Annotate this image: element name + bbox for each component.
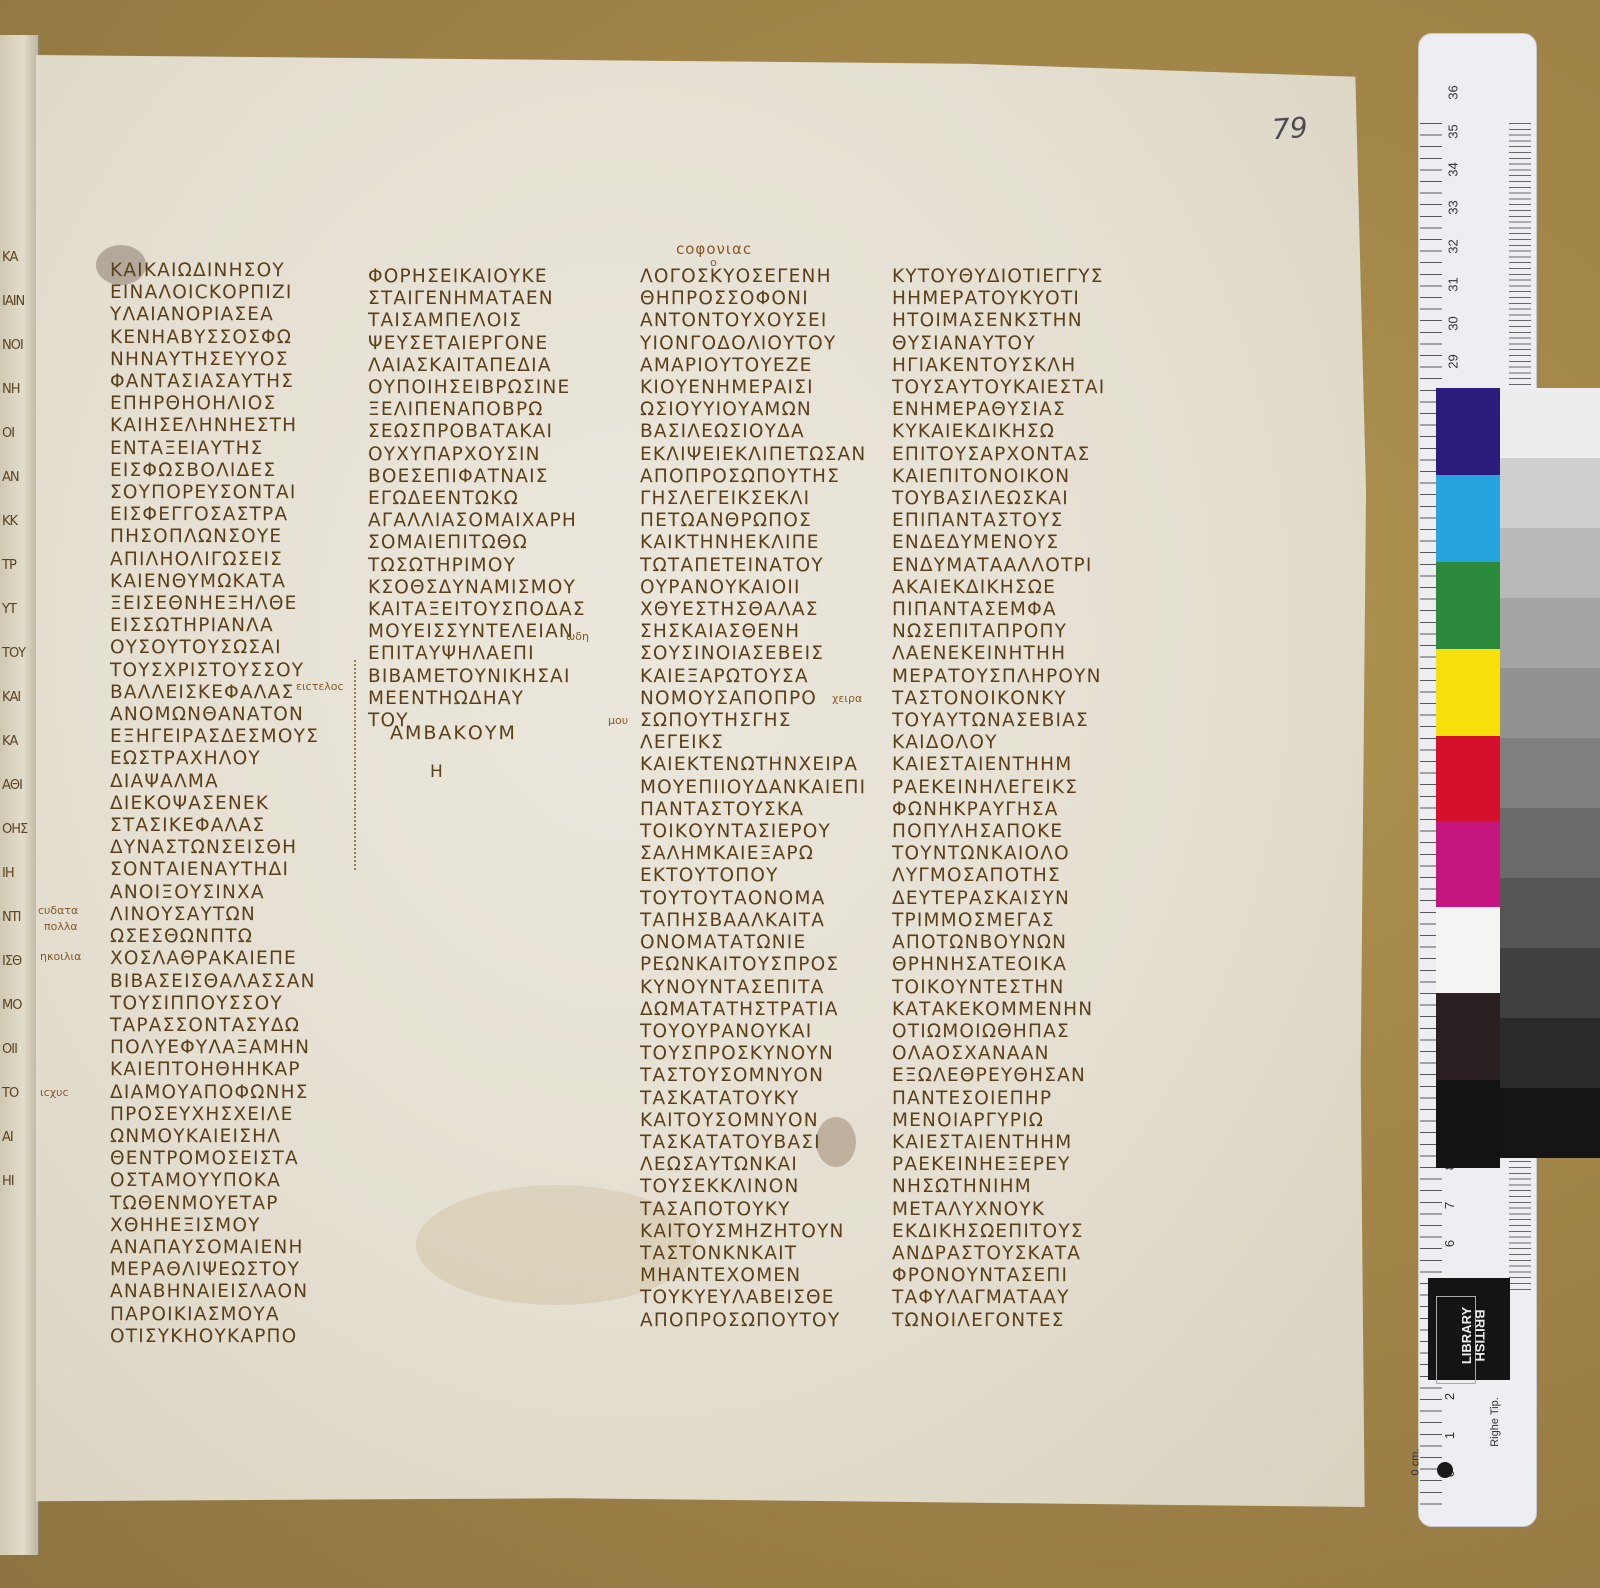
grey-step	[1500, 668, 1600, 738]
text-line: ΘΕΝΤΡΟΜΟΣΕΙΣΤΑ	[110, 1148, 319, 1170]
text-line: ΦΟΡΗΣΕΙΚΑΙΟΥΚΕ	[368, 266, 586, 288]
text-line: ΤΟΥΣΕΚΚΛΙΝΟΝ	[640, 1176, 866, 1198]
text-line: ΔΕΥΤΕΡΑΣΚΑΙΣΥΝ	[892, 888, 1105, 910]
folio-number: 79	[1271, 111, 1309, 146]
text-line: ΚΥΚΑΙΕΚΔΙΚΗΣΩ	[892, 421, 1105, 443]
badge-text-british: BRITISH	[1473, 1310, 1488, 1362]
grey-step	[1500, 878, 1600, 948]
margin-note: ωδη	[566, 630, 589, 643]
text-line: ΚΕΝΗΑΒΥΣΣΟΣΦΩ	[110, 327, 319, 349]
text-line: ΟΥΠΟΙΗΣΕΙΒΡΩΣΙΝΕ	[368, 377, 586, 399]
text-line: ΕΙΣΦΕΓΓΟΣΑΣΤΡΑ	[110, 504, 319, 526]
text-line: ΠΑΝΤΑΣΤΟΥΣΚΑ	[640, 799, 866, 821]
text-line: ΤΑΙΣΑΜΠΕΛΟΙΣ	[368, 310, 586, 332]
text-line: ΤΟΙΚΟΥΝΤΑΣΙΕΡΟΥ	[640, 821, 866, 843]
text-line: ΕΞΩΛΕΘΡΕΥΘΗΣΑΝ	[892, 1065, 1105, 1087]
text-line: ΟΥΧΥΠΑΡΧΟΥΣΙΝ	[368, 444, 586, 466]
text-line: ΔΙΑΜΟΥΑΠΟΦΩΝΗΣ	[110, 1082, 319, 1104]
text-line: ΠΙΠΑΝΤΑΣΕΜΦΑ	[892, 599, 1105, 621]
text-line: ΚΣΟΘΣΔΥΝΑΜΙΣΜΟΥ	[368, 577, 586, 599]
colour-swatch-red	[1436, 736, 1500, 821]
text-line: ΠΑΝΤΕΣΟΙΕΠΗΡ	[892, 1088, 1105, 1110]
text-line: ΚΑΤΑΚΕΚΟΜΜΕΝΗΝ	[892, 999, 1105, 1021]
text-line: ΩΣΕΣΘΩΝΠΤΩ	[110, 926, 319, 948]
text-line: ΤΩΝΟΙΛΕΓΟΝΤΕΣ	[892, 1310, 1105, 1332]
cm-label: 34	[1446, 162, 1461, 176]
text-line: ΣΟΜΑΙΕΠΙΤΩΘΩ	[368, 532, 586, 554]
text-line: ΕΠΙΤΟΥΣΑΡΧΟΝΤΑΣ	[892, 444, 1105, 466]
text-line: ΚΑΙΤΟΥΣΜΗΖΗΤΟΥΝ	[640, 1221, 866, 1243]
facing-page-fragment: ΙΑΙΝ	[2, 294, 24, 309]
british-library-badge: LIBRARY BRITISH	[1428, 1278, 1510, 1380]
text-line: ΣΑΛΗΜΚΑΙΕΞΑΡΩ	[640, 843, 866, 865]
colour-swatch-green	[1436, 562, 1500, 649]
text-line: ΞΕΛΙΠΕΝΑΠΟΒΡΩ	[368, 399, 586, 421]
margin-note: χειρα	[832, 692, 862, 705]
text-line: ΚΥΝΟΥΝΤΑΣΕΠΙΤΑ	[640, 977, 866, 999]
text-line: ΜΕΡΑΘΛΙΨΕΩΣΤΟΥ	[110, 1259, 319, 1281]
text-line: ΔΙΑΨΑΛΜΑ	[110, 771, 319, 793]
text-line: ΗΓΙΑΚΕΝΤΟΥΣΚΛΗ	[892, 355, 1105, 377]
text-line: ΜΗΑΝΤΕΧΟΜΕΝ	[640, 1265, 866, 1287]
text-line: ΡΑΕΚΕΙΝΗΕΞΕΡΕΥ	[892, 1154, 1105, 1176]
facing-page-fragment: ΑΘΙ	[2, 778, 22, 793]
text-line: ΣΟΥΠΟΡΕΥΣΟΝΤΑΙ	[110, 482, 319, 504]
text-line: ΥΛΑΙΑΝΟΡΙΑΣΕΑ	[110, 304, 319, 326]
text-line: ΣΟΝΤΑΙΕΝΑΥΤΗΔΙ	[110, 859, 319, 881]
text-line: ΔΙΕΚΟΨΑΣΕΝΕΚ	[110, 793, 319, 815]
text-line: ΜΟΥΕΠΙΙΟΥΔΑΝΚΑΙΕΠΙ	[640, 777, 866, 799]
text-line: ΤΑΡΑΣΣΟΝΤΑΣΥΔΩ	[110, 1015, 319, 1037]
text-line: ΤΟΥΣΧΡΙΣΤΟΥΣΣΟΥ	[110, 660, 319, 682]
text-column-2: ΦΟΡΗΣΕΙΚΑΙΟΥΚΕΣΤΑΙΓΕΝΗΜΑΤΑΕΝΤΑΙΣΑΜΠΕΛΟΙΣ…	[368, 266, 586, 732]
text-column-3: ΛΟΓΟΣΚΥΟΣΕΓΕΝΗΘΗΠΡΟΣΣΟΦΟΝΙΑΝΤΟΝΤΟΥΧΟΥΣΕΙ…	[640, 266, 866, 1332]
grey-step	[1500, 528, 1600, 598]
text-line: ΧΟΣΛΑΘΡΑΚΑΙΕΠΕ	[110, 948, 319, 970]
text-line: ΚΑΙΕΠΤΟΗΘΗΗΚΑΡ	[110, 1059, 319, 1081]
text-column-1: ΚΑΙΚΑΙΩΔΙΝΗΣΟΥΕΙΝΑΛΟΙϹΚΟΡΠΙΖΙΥΛΑΙΑΝΟΡΙΑΣ…	[110, 260, 319, 1348]
ruler-unit-label: 0 cm.	[1409, 1449, 1421, 1476]
text-line: ΒΙΒΑΣΕΙΣΘΑΛΑΣΣΑΝ	[110, 971, 319, 993]
text-line: ΛΕΩΣΑΥΤΩΝΚΑΙ	[640, 1154, 866, 1176]
text-line: ΕΠΙΤΑΥΨΗΛΑΕΠΙ	[368, 643, 586, 665]
text-line: ΕΚΔΙΚΗΣΩΕΠΙΤΟΥΣ	[892, 1221, 1105, 1243]
text-line: ΤΟΥΣΑΥΤΟΥΚΑΙΕΣΤΑΙ	[892, 377, 1105, 399]
text-line: ΑΠΟΠΡΟΣΩΠΟΥΤΗΣ	[640, 466, 866, 488]
text-line: ΕΝΤΑΞΕΙΑΥΤΗΣ	[110, 438, 319, 460]
margin-note: ϲυδατα	[38, 904, 78, 917]
text-line: ΓΗΣΛΕΓΕΙΚΣΕΚΛΙ	[640, 488, 866, 510]
text-line: ΤΑΣΤΟΝΟΙΚΟΝΚΥ	[892, 688, 1105, 710]
text-line: ΑΝΑΒΗΝΑΙΕΙΣΛΑΟΝ	[110, 1281, 319, 1303]
text-line: ΚΑΙΕΝΘΥΜΩΚΑΤΑ	[110, 571, 319, 593]
text-line: ΕΙΣΣΩΤΗΡΙΑΝΛΑ	[110, 615, 319, 637]
text-line: ΕΙΣΦΩΣΒΟΛΙΔΕΣ	[110, 460, 319, 482]
text-line: ΤΩΤΑΠΕΤΕΙΝΑΤΟΥ	[640, 555, 866, 577]
text-line: ΤΑΦΥΛΑΓΜΑΤΑΑΥ	[892, 1287, 1105, 1309]
text-line: ΒΙΒΑΜΕΤΟΥΝΙΚΗΣΑΙ	[368, 666, 586, 688]
text-line: ΛΟΓΟΣΚΥΟΣΕΓΕΝΗ	[640, 266, 866, 288]
facing-page-fragment: ΤΡ	[2, 558, 16, 573]
text-line: ΗΗΜΕΡΑΤΟΥΚΥΟΤΙ	[892, 288, 1105, 310]
text-line: ΟΤΙΩΜΟΙΩΘΗΠΑΣ	[892, 1021, 1105, 1043]
text-line: ΝΩΣΕΠΙΤΑΠΡΟΠΥ	[892, 621, 1105, 643]
text-line: ΦΩΝΗΚΡΑΥΓΗΣΑ	[892, 799, 1105, 821]
margin-note: ηκοιλια	[40, 950, 81, 963]
cm-label: 31	[1446, 277, 1461, 291]
text-line: ΠΟΠΥΛΗΣΑΠΟΚΕ	[892, 821, 1105, 843]
text-line: ΡΕΩΝΚΑΙΤΟΥΣΠΡΟΣ	[640, 954, 866, 976]
cm-label: 1	[1442, 1432, 1457, 1439]
colophon-number: Η	[430, 762, 443, 782]
cm-label: 6	[1442, 1240, 1457, 1247]
text-line: ΤΟΥΚΥΕΥΛΑΒΕΙΣΘΕ	[640, 1287, 866, 1309]
text-line: ΤΑΣΤΟΥΣΟΜΝΥΟΝ	[640, 1065, 866, 1087]
facing-page-fragment: ΚΑ	[2, 734, 17, 749]
text-line: ΟΝΟΜΑΤΑΤΩΝΙΕ	[640, 932, 866, 954]
text-line: ΑΝΟΜΩΝΘΑΝΑΤΟΝ	[110, 704, 319, 726]
text-line: ΒΟΕΣΕΠΙΦΑΤΝΑΙΣ	[368, 466, 586, 488]
text-line: ΕΓΩΔΕΕΝΤΩΚΩ	[368, 488, 586, 510]
text-line: ΕΞΗΓΕΙΡΑΣΔΕΣΜΟΥΣ	[110, 726, 319, 748]
text-line: ΒΑΛΛΕΙΣΚΕΦΑΛΑΣ	[110, 682, 319, 704]
colophon: ΑΜΒΑΚΟΥΜ	[390, 722, 517, 744]
facing-page-fragment: ΝΤΙ	[2, 910, 21, 925]
text-line: ΚΑΙΕΣΤΑΙΕΝΤΗΗΜ	[892, 754, 1105, 776]
book-heading: ϲοφονιαϲ ο	[676, 240, 752, 267]
text-line: ΛΑΙΑΣΚΑΙΤΑΠΕΔΙΑ	[368, 355, 586, 377]
text-line: ΝΗΝΑΥΤΗΣΕΥΥΟΣ	[110, 349, 319, 371]
margin-note: μου	[608, 714, 628, 727]
text-line: ΠΟΛΥΕΦΥΛΑΞΑΜΗΝ	[110, 1037, 319, 1059]
text-line: ΩΝΜΟΥΚΑΙΕΙΣΗΛ	[110, 1126, 319, 1148]
text-line: ΕΚΛΙΨΕΙΕΚΛΙΠΕΤΩΣΑΝ	[640, 444, 866, 466]
grey-step	[1500, 458, 1600, 528]
text-line: ΤΡΙΜΜΟΣΜΕΓΑΣ	[892, 910, 1105, 932]
text-line: ΦΑΝΤΑΣΙΑΣΑΥΤΗΣ	[110, 371, 319, 393]
ruler-secondary-label: Righe Tip.	[1489, 1397, 1501, 1447]
grey-step	[1500, 948, 1600, 1018]
text-line: ΣΤΑΙΓΕΝΗΜΑΤΑΕΝ	[368, 288, 586, 310]
text-line: ΑΝΑΠΑΥΣΟΜΑΙΕΝΗ	[110, 1237, 319, 1259]
text-line: ΜΕΡΑΤΟΥΣΠΛΗΡΟΥΝ	[892, 666, 1105, 688]
colour-swatch-dark-brown	[1436, 993, 1500, 1080]
text-line: ΗΤΟΙΜΑΣΕΝΚΣΤΗΝ	[892, 310, 1105, 332]
text-line: ΚΙΟΥΕΝΗΜΕΡΑΙΣΙ	[640, 377, 866, 399]
cm-label: 2	[1442, 1393, 1457, 1400]
text-line: ΜΟΥΕΙΣΣΥΝΤΕΛΕΙΑΝ	[368, 621, 586, 643]
text-line: ΠΡΟΣΕΥΧΗΣΧΕΙΛΕ	[110, 1104, 319, 1126]
text-line: ΧΘΗΗΕΞΙΣΜΟΥ	[110, 1215, 319, 1237]
cm-label: 29	[1446, 354, 1461, 368]
text-line: ΚΑΙΚΑΙΩΔΙΝΗΣΟΥ	[110, 260, 319, 282]
text-line: ΣΩΠΟΥΤΗΣΓΗΣ	[640, 710, 866, 732]
greyscale-strip	[1500, 388, 1600, 1158]
text-line: ΟΤΙΣΥΚΗΟΥΚΑΡΠΟ	[110, 1326, 319, 1348]
colour-swatch-blue-violet	[1436, 388, 1500, 475]
text-line: ΤΑΣΚΑΤΑΤΟΥΚΥ	[640, 1088, 866, 1110]
text-line: ΞΕΙΣΕΘΝΗΕΞΗΛΘΕ	[110, 593, 319, 615]
text-line: ΑΝΤΟΝΤΟΥΧΟΥΣΕΙ	[640, 310, 866, 332]
cm-label: 32	[1446, 239, 1461, 253]
facing-page-fragment: ΟΙΙ	[2, 1042, 17, 1057]
text-line: ΛΙΝΟΥΣΑΥΤΩΝ	[110, 904, 319, 926]
text-line: ΚΑΙΤΑΞΕΙΤΟΥΣΠΟΔΑΣ	[368, 599, 586, 621]
facing-page-fragment: ΑΙ	[2, 1130, 13, 1145]
cm-label: 7	[1442, 1201, 1457, 1208]
text-line: ΑΠΙΛΗΟΛΙΓΩΣΕΙΣ	[110, 549, 319, 571]
text-line: ΕΝΔΥΜΑΤΑΑΛΛΟΤΡΙ	[892, 555, 1105, 577]
cm-label: 33	[1446, 201, 1461, 215]
text-line: ΚΑΙΕΠΙΤΟΝΟΙΚΟΝ	[892, 466, 1105, 488]
facing-page-fragment: ΜΟ	[2, 998, 21, 1013]
text-line: ΕΠΗΡΘΗΟΗΛΙΟΣ	[110, 393, 319, 415]
text-line: ΝΗΣΩΤΗΝΙΗΜ	[892, 1176, 1105, 1198]
text-line: ΑΠΟΤΩΝΒΟΥΝΩΝ	[892, 932, 1105, 954]
text-line: ΔΩΜΑΤΑΤΗΣΤΡΑΤΙΑ	[640, 999, 866, 1021]
text-line: ΛΥΓΜΟΣΑΠΟΤΗΣ	[892, 865, 1105, 887]
text-line: ΤΑΠΗΣΒΑΑΛΚΑΙΤΑ	[640, 910, 866, 932]
text-line: ΕΩΣΤΡΑΧΗΛΟΥ	[110, 748, 319, 770]
facing-page-fragment: ΚΑ	[2, 250, 17, 265]
facing-page-fragment: ΚΚ	[2, 514, 17, 529]
facing-page-fragment: ΙΣΘ	[2, 954, 21, 969]
text-line: ΑΝΟΙΞΟΥΣΙΝΧΑ	[110, 882, 319, 904]
text-line: ΚΥΤΟΥΘΥΔΙΟΤΙΕΓΓΥΣ	[892, 266, 1105, 288]
text-line: ΕΝΗΜΕΡΑΘΥΣΙΑΣ	[892, 399, 1105, 421]
text-line: ΤΟΥΒΑΣΙΛΕΩΣΚΑΙ	[892, 488, 1105, 510]
facing-page-fragment: ΟΙ	[2, 426, 14, 441]
text-line: ΕΙΝΑΛΟΙϹΚΟΡΠΙΖΙ	[110, 282, 319, 304]
grey-step	[1500, 388, 1600, 458]
text-line: ΑΝΔΡΑΣΤΟΥΣΚΑΤΑ	[892, 1243, 1105, 1265]
text-line: ΟΥΡΑΝΟΥΚΑΙΟΙΙ	[640, 577, 866, 599]
facing-page-fragment: ΟΗΣ	[2, 822, 27, 837]
text-line: ΤΩΣΩΤΗΡΙΜΟΥ	[368, 555, 586, 577]
text-line: ΚΑΙΕΞΑΡΩΤΟΥΣΑ	[640, 666, 866, 688]
facing-page-fragment: ΥΤ	[2, 602, 16, 617]
colour-swatch-black	[1436, 1080, 1500, 1168]
text-line: ΕΠΙΠΑΝΤΑΣΤΟΥΣ	[892, 510, 1105, 532]
facing-page-fragment: ΤΟΥ	[2, 646, 25, 661]
text-line: ΘΥΣΙΑΝΑΥΤΟΥ	[892, 333, 1105, 355]
text-line: ΩΣΙΟΥΥΙΟΥΑΜΩΝ	[640, 399, 866, 421]
facing-page-fragment: ΙΗ	[2, 866, 14, 881]
text-line: ΣΗΣΚΑΙΑΣΘΕΝΗ	[640, 621, 866, 643]
text-line: ΒΑΣΙΛΕΩΣΙΟΥΔΑ	[640, 421, 866, 443]
text-line: ΟΣΤΑΜΟΥΥΠΟΚΑ	[110, 1170, 319, 1192]
text-line: ΤΟΥΤΟΥΤΑΟΝΟΜΑ	[640, 888, 866, 910]
text-line: ΚΑΙΕΣΤΑΙΕΝΤΗΗΜ	[892, 1132, 1105, 1154]
text-line: ΤΑΣΑΠΟΤΟΥΚΥ	[640, 1199, 866, 1221]
text-column-4: ΚΥΤΟΥΘΥΔΙΟΤΙΕΓΓΥΣΗΗΜΕΡΑΤΟΥΚΥΟΤΙΗΤΟΙΜΑΣΕΝ…	[892, 266, 1105, 1332]
text-line: ΑΜΑΡΙΟΥΤΟΥΕΖΕ	[640, 355, 866, 377]
text-line: ΤΟΥΣΙΠΠΟΥΣΣΟΥ	[110, 993, 319, 1015]
text-line: ΤΩΘΕΝΜΟΥΕΤΑΡ	[110, 1193, 319, 1215]
ruler-hole	[1437, 1462, 1453, 1478]
facing-page-fragment: ΝΗ	[2, 382, 20, 397]
text-line: ΑΚΑΙΕΚΔΙΚΗΣΩΕ	[892, 577, 1105, 599]
text-line: ΡΑΕΚΕΙΝΗΛΕΓΕΙΚΣ	[892, 777, 1105, 799]
text-line: ΟΥΣΟΥΤΟΥΣΩΣΑΙ	[110, 637, 319, 659]
text-line: ΚΑΙΚΤΗΝΗΕΚΛΙΠΕ	[640, 532, 866, 554]
text-line: ΘΗΠΡΟΣΣΟΦΟΝΙ	[640, 288, 866, 310]
text-line: ΤΑΣΤΟΝΚΝΚΑΙΤ	[640, 1243, 866, 1265]
text-line: ΛΕΓΕΙΚΣ	[640, 732, 866, 754]
dotted-bracket	[354, 660, 359, 870]
text-line: ΣΟΥΣΙΝΟΙΑΣΕΒΕΙΣ	[640, 643, 866, 665]
cm-label: 36	[1446, 86, 1461, 100]
grey-step	[1500, 738, 1600, 808]
text-line: ΦΡΟΝΟΥΝΤΑΣΕΠΙ	[892, 1265, 1105, 1287]
text-line: ΜΕΝΟΙΑΡΓΥΡΙΩ	[892, 1110, 1105, 1132]
margin-note: πολλα	[44, 920, 78, 933]
text-line: ΨΕΥΣΕΤΑΙΕΡΓΟΝΕ	[368, 333, 586, 355]
text-line: ΚΑΙΕΚΤΕΝΩΤΗΝΧΕΙΡΑ	[640, 754, 866, 776]
text-line: ΟΛΑΟΣΧΑΝΑΑΝ	[892, 1043, 1105, 1065]
text-line: ΑΠΟΠΡΟΣΩΠΟΥΤΟΥ	[640, 1310, 866, 1332]
facing-page-fragment: ΚΑΙ	[2, 690, 20, 705]
text-line: ΘΡΗΝΗΣΑΤΕΟΙΚΑ	[892, 954, 1105, 976]
text-line: ΠΑΡΟΙΚΙΑΣΜΟΥΑ	[110, 1304, 319, 1326]
text-line: ΚΑΙΔΟΛΟΥ	[892, 732, 1105, 754]
text-line: ΣΤΑΣΙΚΕΦΑΛΑΣ	[110, 815, 319, 837]
text-line: ΔΥΝΑΣΤΩΝΣΕΙΣΘΗ	[110, 837, 319, 859]
grey-step	[1500, 808, 1600, 878]
colour-swatch-yellow	[1436, 649, 1500, 736]
facing-page-edge: ΚΑΙΑΙΝΝΟΙΝΗΟΙΑΝΚΚΤΡΥΤΤΟΥΚΑΙΚΑΑΘΙΟΗΣΙΗΝΤΙ…	[0, 35, 39, 1555]
text-line: ΛΑΕΝΕΚΕΙΝΗΤΗΗ	[892, 643, 1105, 665]
text-line: ΤΟΙΚΟΥΝΤΕΣΤΗΝ	[892, 977, 1105, 999]
text-line: ΤΟΥΑΥΤΩΝΑΣΕΒΙΑΣ	[892, 710, 1105, 732]
colour-swatch-cyan	[1436, 475, 1500, 562]
grey-step	[1500, 1018, 1600, 1088]
text-line: ΜΕΕΝΤΗΩΔΗΑΥ	[368, 688, 586, 710]
text-line: ΤΟΥΝΤΩΝΚΑΙΟΛΟ	[892, 843, 1105, 865]
grey-step	[1500, 598, 1600, 668]
cm-label: 30	[1446, 316, 1461, 330]
facing-page-fragment: ΝΟΙ	[2, 338, 23, 353]
text-line: ΤΟΥΟΥΡΑΝΟΥΚΑΙ	[640, 1021, 866, 1043]
text-line: ΤΑΣΚΑΤΑΤΟΥΒΑΣΙ	[640, 1132, 866, 1154]
facing-page-fragment: ΤΟ	[2, 1086, 18, 1101]
facing-page-fragment: ΑΝ	[2, 470, 19, 485]
text-line: ΜΕΤΑΛΥΧΝΟΥΚ	[892, 1199, 1105, 1221]
text-line: ΤΟΥΣΠΡΟΣΚΥΝΟΥΝ	[640, 1043, 866, 1065]
colour-swatch-white	[1436, 907, 1500, 993]
text-line: ΠΕΤΩΑΝΘΡΩΠΟΣ	[640, 510, 866, 532]
margin-note: ειϲτελοϲ	[296, 680, 344, 693]
text-line: ΑΓΑΛΛΙΑΣΟΜΑΙΧΑΡΗ	[368, 510, 586, 532]
text-line: ΕΝΔΕΔΥΜΕΝΟΥΣ	[892, 532, 1105, 554]
cm-label: 35	[1446, 124, 1461, 138]
grey-step	[1500, 1088, 1600, 1158]
margin-note: ιϲχυϲ	[40, 1086, 69, 1099]
text-line: ΚΑΙΤΟΥΣΟΜΝΥΟΝ	[640, 1110, 866, 1132]
text-line: ΧΘΥΕΣΤΗΣΘΑΛΑΣ	[640, 599, 866, 621]
text-line: ΣΕΩΣΠΡΟΒΑΤΑΚΑΙ	[368, 421, 586, 443]
facing-page-fragment: ΗΙ	[2, 1174, 14, 1189]
text-line: ΥΙΟΝΓΟΔΟΛΙΟΥΤΟΥ	[640, 333, 866, 355]
text-line: ΠΗΣΟΠΛΩΝΣΟΥΕ	[110, 526, 319, 548]
text-line: ΕΚΤΟΥΤΟΠΟΥ	[640, 865, 866, 887]
text-line: ΚΑΙΗΣΕΛΗΝΗΕΣΤΗ	[110, 415, 319, 437]
colour-swatch-magenta	[1436, 821, 1500, 907]
